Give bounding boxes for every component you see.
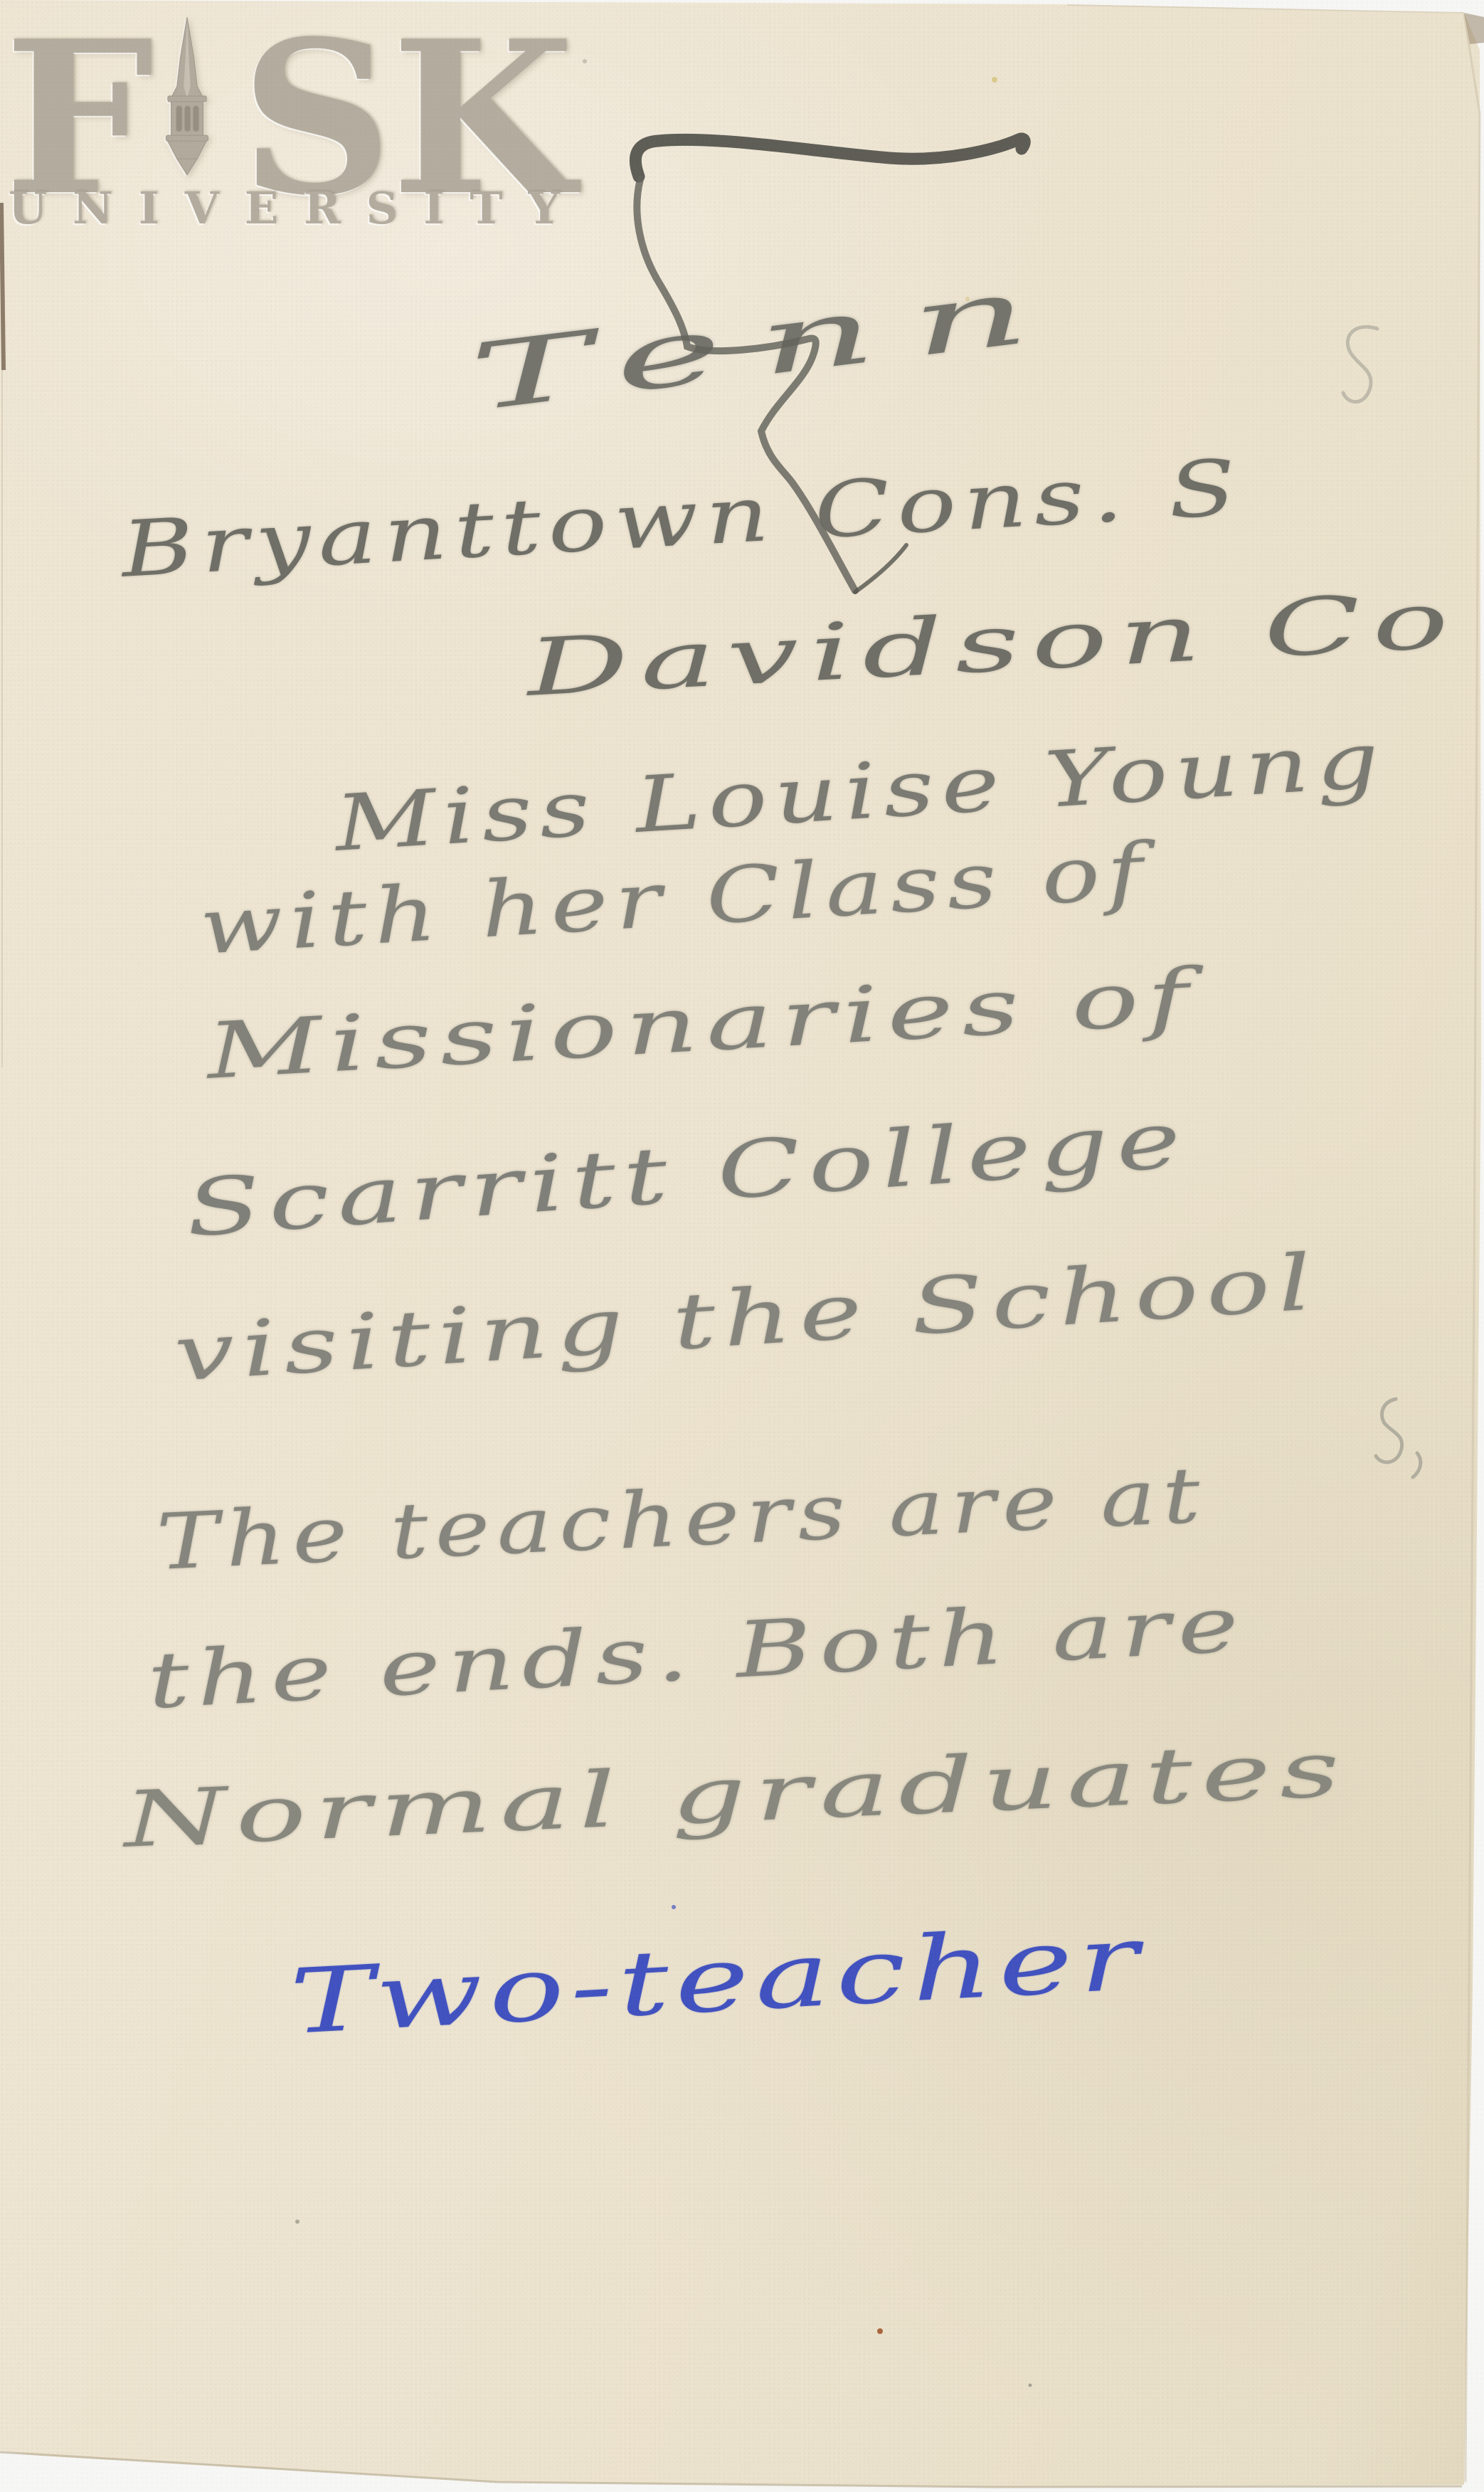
- ink-annotation-two-teacher: Two-teacher: [288, 1913, 1147, 2047]
- pencil-line-visiting: visiting the School: [172, 1245, 1322, 1393]
- pencil-line-ends-both: the ends. Both are: [146, 1586, 1248, 1721]
- pencil-line-louise-young: Miss Louise Young: [333, 722, 1389, 863]
- watermark-university-text: UNIVERSITY: [9, 182, 585, 234]
- pencil-line-teachers: The teachers are at: [155, 1457, 1209, 1582]
- paper-card: F S K UNIVERSITY Tenn: [0, 0, 1484, 2492]
- pencil-line-normal-grads: Normal graduates: [122, 1731, 1350, 1859]
- pencil-line-davidson-co: Davidson Co: [525, 580, 1462, 707]
- fisk-university-watermark: F S K UNIVERSITY: [4, 4, 588, 239]
- pencil-line-bryanttown: Bryanttown Cons. S: [120, 450, 1245, 589]
- pencil-line-scarritt: Scarritt College: [184, 1100, 1191, 1248]
- pencil-line-missionaries: Missionaries of: [205, 959, 1199, 1091]
- scan-background: F S K UNIVERSITY Tenn: [0, 0, 1484, 2492]
- pencil-line-tenn: Tenn: [466, 262, 1070, 425]
- jubilee-hall-tower-icon: [145, 16, 229, 176]
